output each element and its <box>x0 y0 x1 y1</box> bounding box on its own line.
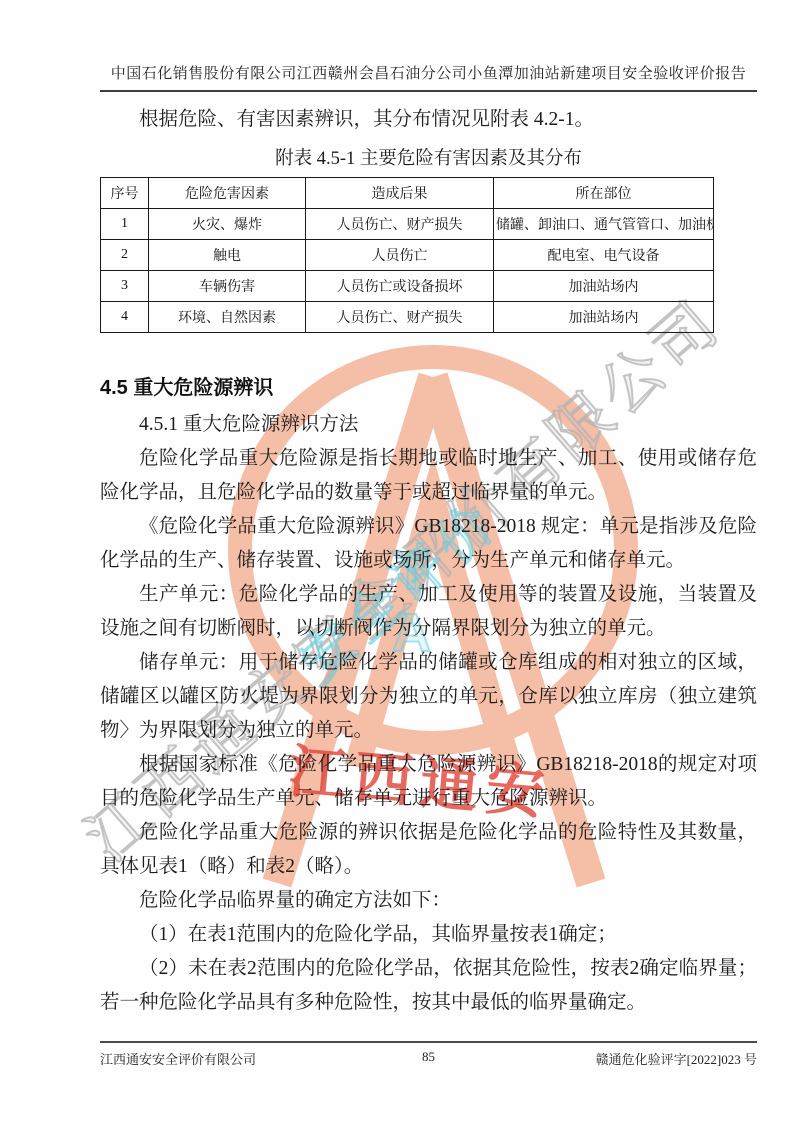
body-paragraph: 危险化学品临界量的确定方法如下： <box>100 884 757 918</box>
col-header-hazard: 危险危害因素 <box>149 178 306 209</box>
col-header-location: 所在部位 <box>494 178 714 209</box>
cell-location: 配电室、电气设备 <box>494 240 714 271</box>
cell-location: 加油站场内 <box>494 302 714 333</box>
body-paragraph: 危险化学品重大危险源的辨识依据是危险化学品的危险特性及其数量，具体见表1（略）和… <box>100 816 757 884</box>
table-row: 4 环境、自然因素 人员伤亡、财产损失 加油站场内 <box>101 302 714 333</box>
body-paragraph: 危险化学品重大危险源是指长期地或临时地生产、加工、使用或储存危险化学品，且危险化… <box>100 442 757 510</box>
table-header-row: 序号 危险危害因素 造成后果 所在部位 <box>101 178 714 209</box>
section-subheading: 4.5.1 重大危险源辨识方法 <box>100 408 757 442</box>
cell-consequence: 人员伤亡 <box>306 240 494 271</box>
hazard-factors-table: 序号 危险危害因素 造成后果 所在部位 1 火灾、爆炸 人员伤亡、财产损失 储罐… <box>100 177 714 333</box>
cell-index: 3 <box>101 271 149 302</box>
footer-doc-number: 赣通危化验评字[2022]023 号 <box>435 1049 757 1068</box>
body-paragraph: （1）在表1范围内的危险化学品，其临界量按表1确定； <box>100 918 757 952</box>
page-content: 中国石化销售股份有限公司江西赣州会昌石油分公司小鱼潭加油站新建项目安全验收评价报… <box>100 62 757 1020</box>
body-paragraph: 《危险化学品重大危险源辨识》GB18218-2018 规定：单元是指涉及危险化学… <box>100 510 757 578</box>
body-paragraph: 生产单元：危险化学品的生产、加工及使用等的装置及设施，当装置及设施之间有切断阀时… <box>100 578 757 646</box>
col-header-consequence: 造成后果 <box>306 178 494 209</box>
footer-company: 江西通安安全评价有限公司 <box>100 1049 422 1068</box>
cell-index: 1 <box>101 209 149 240</box>
table-row: 3 车辆伤害 人员伤亡或设备损坏 加油站场内 <box>101 271 714 302</box>
body-paragraph: （2）未在表2范围内的危险化学品，依据其危险性，按表2确定临界量；若一种危险化学… <box>100 952 757 1020</box>
table-row: 2 触电 人员伤亡 配电室、电气设备 <box>101 240 714 271</box>
intro-paragraph: 根据危险、有害因素辨识，其分布情况见附表 4.2-1。 <box>100 107 757 133</box>
cell-hazard: 环境、自然因素 <box>149 302 306 333</box>
report-page: 江西通安安全评价有限公司 安全评价 TA 江西通安 中国石化销售股份有限公司江西… <box>0 0 800 1131</box>
cell-index: 2 <box>101 240 149 271</box>
section-heading: 4.5 重大危险源辨识 <box>100 371 757 400</box>
body-paragraph: 根据国家标准《危险化学品重大危险源辨识》GB18218-2018的规定对项目的危… <box>100 748 757 816</box>
cell-index: 4 <box>101 302 149 333</box>
cell-hazard: 火灾、爆炸 <box>149 209 306 240</box>
cell-consequence: 人员伤亡、财产损失 <box>306 302 494 333</box>
cell-hazard: 车辆伤害 <box>149 271 306 302</box>
footer-page-number: 85 <box>422 1049 435 1065</box>
cell-location: 加油站场内 <box>494 271 714 302</box>
cell-hazard: 触电 <box>149 240 306 271</box>
body-paragraph: 储存单元：用于储存危险化学品的储罐或仓库组成的相对独立的区域，储罐区以罐区防火堤… <box>100 646 757 748</box>
cell-consequence: 人员伤亡、财产损失 <box>306 209 494 240</box>
page-header-title: 中国石化销售股份有限公司江西赣州会昌石油分公司小鱼潭加油站新建项目安全验收评价报… <box>100 62 757 92</box>
col-header-index: 序号 <box>101 178 149 209</box>
table-title: 附表 4.5-1 主要危险有害因素及其分布 <box>100 144 757 170</box>
table-row: 1 火灾、爆炸 人员伤亡、财产损失 储罐、卸油口、通气管管口、加油机 <box>101 209 714 240</box>
cell-consequence: 人员伤亡或设备损坏 <box>306 271 494 302</box>
cell-location: 储罐、卸油口、通气管管口、加油机 <box>494 209 714 240</box>
page-footer: 江西通安安全评价有限公司 85 赣通危化验评字[2022]023 号 <box>100 1041 757 1068</box>
